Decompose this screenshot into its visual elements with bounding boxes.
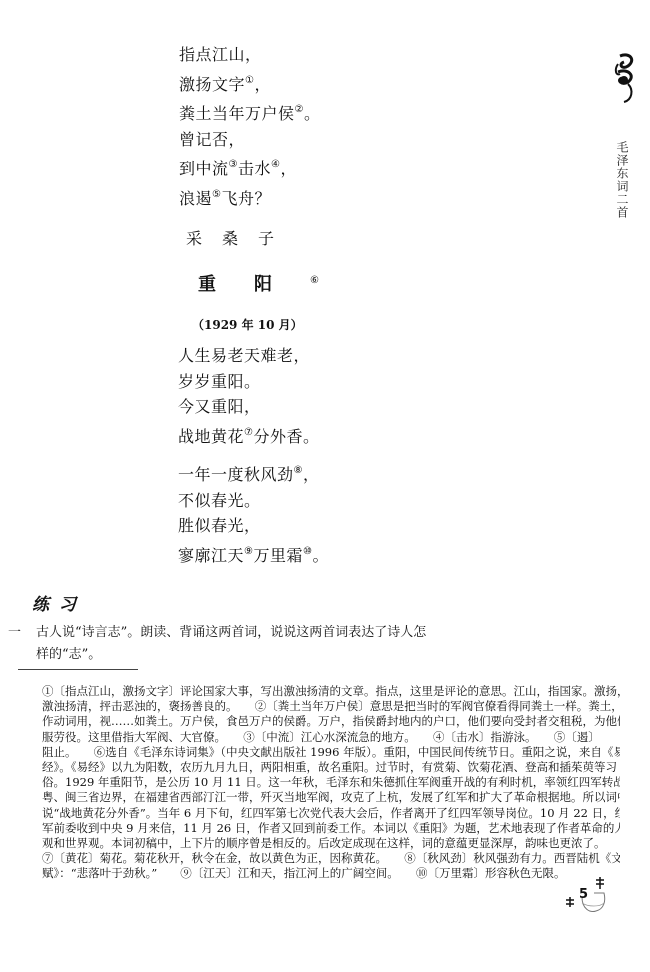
running-section-title: 毛泽东词二首 bbox=[612, 141, 630, 219]
line-text: 飞舟？ bbox=[221, 189, 271, 208]
footnote-line: 军前委收到中央 9 月来信，11 月 26 日，作者又回到前委工作。本词以《重阳… bbox=[42, 821, 620, 836]
footnote-line: 阻止。 ⑥选自《毛泽东诗词集》（中央文献出版社 1996 年版）。重阳，中国民间… bbox=[42, 745, 620, 760]
footnote-line: 服劳役。这里借指大军阀、大官僚。 ③〔中流〕江心水深流急的地方。 ④〔击水〕指游… bbox=[42, 730, 620, 745]
line-text: 不似春光。 bbox=[178, 491, 261, 510]
page-number: 5 bbox=[579, 887, 588, 902]
line-text: 到中流 bbox=[179, 159, 229, 178]
line-text: 分外香。 bbox=[253, 427, 319, 446]
poem-line: 激扬文字①， bbox=[179, 68, 321, 98]
footnote-divider bbox=[18, 669, 138, 670]
footnotes: ①〔指点江山，激扬文字〕评论国家大事，写出激浊扬清的文章。指点，这里是评论的意思… bbox=[42, 684, 620, 882]
exercise-text-line: 样的“志”。 bbox=[36, 644, 448, 666]
poem-line: 一年一度秋风劲⑧， bbox=[178, 458, 329, 488]
exercise-item: 一 古人说“诗言志”。朗读、背诵这两首词，说说这两首词表达了诗人怎 样的“志”。 bbox=[8, 622, 448, 666]
tune-name: 采桑子 bbox=[186, 226, 294, 249]
footnote-line: 俗。1929 年重阳节，是公历 10 月 11 日。这一年秋，毛泽东和朱德抓住军… bbox=[42, 775, 620, 790]
footnote-line: 说“战地黄花分外香”。当年 6 月下旬，红四军第七次党代表大会后，作者离开了红四… bbox=[42, 806, 620, 821]
poem-line: 今又重阳， bbox=[178, 394, 320, 420]
line-text: 寥廓江天 bbox=[178, 546, 244, 565]
line-text: 击水 bbox=[238, 159, 271, 178]
line-punct: 。 bbox=[312, 546, 329, 565]
exercise-number: 一 bbox=[8, 622, 21, 644]
page-number-badge: 5 bbox=[560, 873, 612, 919]
poem-line: 到中流③击水④， bbox=[179, 152, 321, 182]
poem-stanza-2: 一年一度秋风劲⑧， 不似春光。 胜似春光， 寥廓江天⑨万里霜⑩。 bbox=[178, 458, 329, 568]
footnote-line: 赋》：“悲落叶于劲秋。” ⑨〔江天〕江和天，指江河上的广阔空间。 ⑩〔万里霜〕形… bbox=[42, 866, 620, 881]
poem-line: 曾记否， bbox=[179, 127, 321, 153]
line-text: 人生易老天难老， bbox=[178, 346, 310, 365]
exercise-text-line: 古人说“诗言志”。朗读、背诵这两首词，说说这两首词表达了诗人怎 bbox=[36, 622, 448, 644]
footnote-marker: ⑥ bbox=[310, 275, 319, 286]
footnote-marker: ② bbox=[295, 104, 304, 115]
poem-line: 不似春光。 bbox=[178, 488, 329, 514]
poem-stanza-1: 人生易老天难老， 岁岁重阳。 今又重阳， 战地黄花⑦分外香。 bbox=[178, 343, 320, 449]
footnote-marker: ③ bbox=[229, 159, 238, 170]
poem-line: 浪遏⑤飞舟？ bbox=[179, 182, 321, 212]
line-punct: ， bbox=[280, 159, 297, 178]
poem-line: 岁岁重阳。 bbox=[178, 369, 320, 395]
line-text: 指点江山， bbox=[179, 45, 262, 64]
line-text: 战地黄花 bbox=[178, 427, 244, 446]
floral-scroll-ornament-icon bbox=[612, 52, 638, 104]
poem-title-text: 重阳 bbox=[198, 274, 310, 295]
line-text: 曾记否， bbox=[179, 130, 245, 149]
footnote-line: 作动词用，视……如粪土。万户侯，食邑万户的侯爵。万户，指侯爵封地内的户口，他们要… bbox=[42, 714, 620, 729]
line-text: 万里霜 bbox=[253, 546, 303, 565]
poem-line: 胜似春光， bbox=[178, 513, 329, 539]
line-punct: ， bbox=[254, 75, 271, 94]
line-text: 一年一度秋风劲 bbox=[178, 465, 294, 484]
footnote-line: ①〔指点江山，激扬文字〕评论国家大事，写出激浊扬清的文章。指点，这里是评论的意思… bbox=[42, 684, 620, 699]
footnote-line: 观和世界观。本词初稿中，上下片的顺序曾是相反的。后改定成现在这样，词的意蕴更显深… bbox=[42, 836, 620, 851]
poem-date: （1929 年 10 月） bbox=[192, 316, 303, 333]
footnote-marker: ⑧ bbox=[294, 465, 303, 476]
line-punct: ， bbox=[303, 465, 320, 484]
line-text: 今又重阳， bbox=[178, 397, 261, 416]
exercises-heading: 练习 bbox=[32, 590, 86, 615]
poem-line: 战地黄花⑦分外香。 bbox=[178, 420, 320, 450]
poem-line: 人生易老天难老， bbox=[178, 343, 320, 369]
line-punct: 。 bbox=[304, 104, 321, 123]
poem-line: 指点江山， bbox=[179, 42, 321, 68]
footnote-line: ⑦〔黄花〕菊花。菊花秋开，秋令在金，故以黄色为正，因称黄花。 ⑧〔秋风劲〕秋风强… bbox=[42, 851, 620, 866]
poem-line: 粪土当年万户侯②。 bbox=[179, 97, 321, 127]
poem-qinyuanchun-tail: 指点江山， 激扬文字①， 粪土当年万户侯②。 曾记否， 到中流③击水④， 浪遏⑤… bbox=[179, 42, 321, 211]
poem-line: 寥廓江天⑨万里霜⑩。 bbox=[178, 539, 329, 569]
footnote-line: 经》。《易经》以九为阳数，农历九月九日，两阳相重，故名重阳。过节时，有赏菊、饮菊… bbox=[42, 760, 620, 775]
line-text: 岁岁重阳。 bbox=[178, 372, 261, 391]
line-text: 激扬文字 bbox=[179, 75, 245, 94]
poem-title: 重阳⑥ bbox=[198, 270, 319, 296]
footnote-line: 粤、闽三省边界，在福建省西部汀江一带，歼灭当地军阀，攻克了上杭，发展了红军和扩大… bbox=[42, 790, 620, 805]
line-text: 胜似春光， bbox=[178, 516, 261, 535]
line-text: 粪土当年万户侯 bbox=[179, 104, 295, 123]
footnote-line: 激浊扬清，抨击恶浊的，褒扬善良的。 ②〔粪土当年万户侯〕意思是把当时的军阀官僚看… bbox=[42, 699, 620, 714]
line-text: 浪遏 bbox=[179, 189, 212, 208]
